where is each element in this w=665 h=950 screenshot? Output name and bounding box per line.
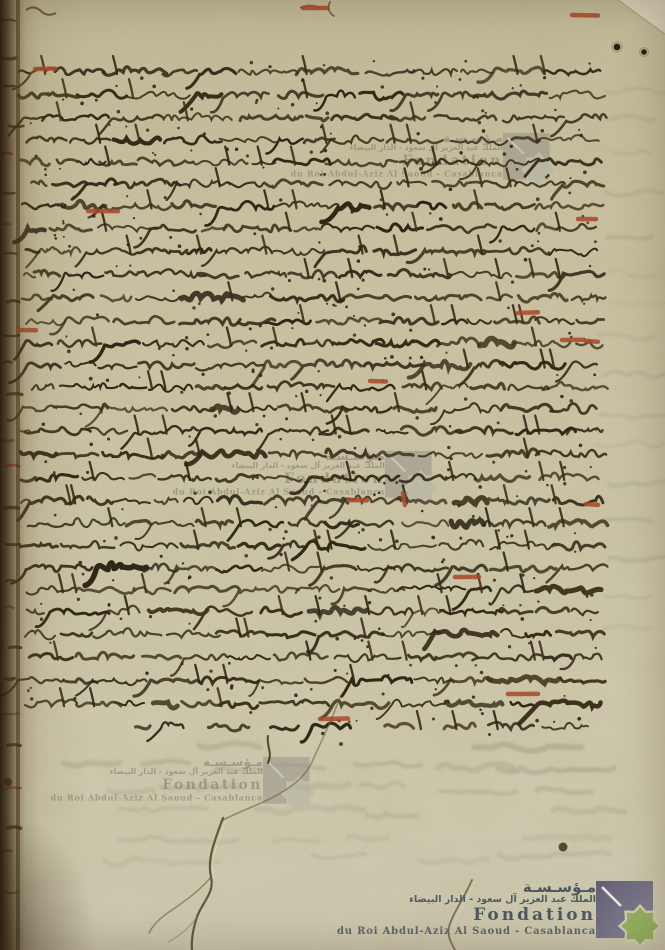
handwriting-lines [0, 6, 607, 764]
wormholes [612, 42, 648, 56]
stamp-subtitle-arabic: الملك عبد العزيز آل سعود - الدار البيضاء [409, 894, 596, 905]
foundation-stamp: مـؤسـسـة الملك عبد العزيز آل سعود - الدا… [390, 881, 662, 947]
manuscript-strokes [0, 0, 665, 950]
page-corner-curl [618, 0, 665, 34]
star-icon [620, 906, 661, 947]
foundation-logo-icon [596, 881, 660, 947]
facing-page-sliver-marks [0, 0, 23, 950]
stamp-subtitle-french: du Roi Abdul-Aziz Al Saoud - Casablanca [337, 926, 596, 937]
manuscript-scan: مـؤسـسـة الملك عبد العزيز آل سعود - الدا… [0, 0, 665, 950]
stamp-name-french: Fondation [473, 905, 596, 925]
